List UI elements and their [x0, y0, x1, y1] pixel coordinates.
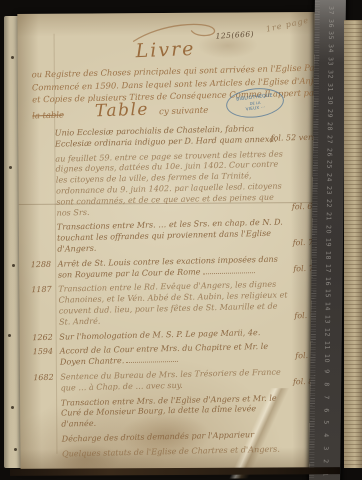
entry-year: 1262: [32, 332, 57, 343]
table-entry: 1594Accord de la Cour entre Mrs. du Chap…: [33, 340, 321, 368]
entry-text: Décharge des droits demandés par l'Appar…: [62, 429, 255, 443]
entry-text: Unio Ecclesiæ parochialis de Chastelain,…: [55, 123, 277, 148]
ruler-number: 24: [325, 173, 332, 183]
table-entry: Transactions entre Mrs. … et les Srs. en…: [30, 216, 319, 255]
entry-year: 1187: [31, 285, 56, 296]
stitch-hole: [11, 56, 14, 59]
stitch-hole: [8, 334, 11, 337]
table-entry: au feuillet 59. entre ce page se trouven…: [28, 147, 317, 218]
ruler-number: 9: [323, 366, 330, 376]
entries-list: Unio Ecclesiæ parochialis de Chastelain,…: [28, 122, 323, 460]
table-entry: 1187Transaction entre le Rd. Evêque d'An…: [31, 278, 320, 328]
struck-word: la table: [32, 109, 64, 120]
entry-text: Sentence du Bureau de Mrs. les Trésorier…: [60, 367, 281, 393]
entry-text: Sur l'homologation de M. S. P. Le page M…: [59, 327, 260, 342]
entry-folio: fol. 52 vers: [270, 133, 316, 145]
ruler-number: 37: [327, 5, 334, 15]
entry-text: Transactions entre Mrs. … et les Srs. en…: [57, 217, 283, 254]
ruler-number: 28: [326, 121, 333, 131]
table-entry: Transaction entre Mrs. de l'Eglise d'Ang…: [34, 391, 323, 430]
ruler-number: 4: [322, 431, 329, 441]
table-entry: Décharge des droits demandés par l'Appar…: [35, 428, 323, 445]
ruler-number: 30: [326, 95, 333, 105]
ruler-number: 11: [323, 340, 330, 350]
table-heading-tail: cy suivante: [159, 106, 208, 118]
ruler-number: 3: [322, 444, 329, 454]
ruler-number: 5: [322, 418, 329, 428]
table-entry: 1682Sentence du Bureau de Mrs. les Tréso…: [33, 366, 321, 394]
ruler-number: 10: [323, 353, 330, 363]
stitch-hole: [9, 166, 12, 169]
ruler-number: 8: [323, 379, 330, 389]
table-entry: Unio Ecclesiæ parochialis de Chastelain,…: [28, 122, 316, 150]
ruler-number: 29: [326, 108, 333, 118]
ruler-number: 26: [326, 147, 333, 157]
ruler-number: 21: [325, 211, 332, 221]
ruler-number: 17: [324, 263, 331, 273]
ruler-number: 32: [326, 70, 333, 80]
table-heading: Table: [95, 100, 150, 122]
table-entry: 1288Arrêt de St. Louis contre les exacti…: [31, 252, 319, 280]
ruler-number: 13: [323, 315, 330, 325]
stitch-hole: [11, 406, 14, 409]
ruler-number: 35: [327, 31, 334, 41]
ruler-number: 22: [325, 199, 332, 209]
ruler-number: 2: [322, 457, 329, 467]
ruler-number: 18: [324, 250, 331, 260]
ruler-number: 6: [322, 405, 329, 415]
ruler-number: 20: [325, 224, 332, 234]
dotted-leader: [202, 265, 254, 274]
ruler-number: 25: [325, 160, 332, 170]
ruler-number: 16: [324, 276, 331, 286]
ruler-number: 36: [327, 18, 334, 28]
ruler-number: 15: [324, 289, 331, 299]
ruler-number: 14: [324, 302, 331, 312]
ruler-number: 7: [323, 392, 330, 402]
ruler-number: 27: [326, 134, 333, 144]
ruler-number: 34: [327, 44, 334, 54]
photograph-of-manuscript: 125(666) 1re page Livre ou Registre des …: [0, 0, 362, 480]
stamp-line3: VIEUX ···: [245, 104, 265, 111]
page-number-annotation: 1re page: [265, 16, 310, 34]
entry-text: au feuillet 59. entre ce page se trouven…: [55, 148, 283, 217]
entry-year: 1682: [33, 373, 58, 384]
ruler-number: 19: [324, 237, 331, 247]
manuscript-page: 125(666) 1re page Livre ou Registre des …: [17, 12, 322, 472]
entry-year: 1594: [33, 347, 58, 358]
dotted-leader: [126, 354, 178, 363]
ruler-number: 23: [325, 186, 332, 196]
entry-text: Transaction entre le Rd. Evêque d'Angers…: [58, 279, 288, 326]
manuscript-title: Livre: [135, 38, 196, 62]
stitch-hole: [12, 264, 15, 267]
measuring-ruler: 1234567891011121314151617181920212223242…: [309, 0, 346, 480]
ruler-number: 12: [323, 328, 330, 338]
table-entry: 1262Sur l'homologation de M. S. P. Le pa…: [32, 325, 320, 342]
entry-year: 1288: [31, 259, 56, 270]
entry-text: Transaction entre Mrs. de l'Eglise d'Ang…: [61, 392, 277, 428]
ruler-number: 33: [327, 57, 334, 67]
book-fore-edge: [344, 20, 362, 468]
ruler-number: 31: [326, 82, 333, 92]
stitch-hole: [14, 448, 17, 451]
